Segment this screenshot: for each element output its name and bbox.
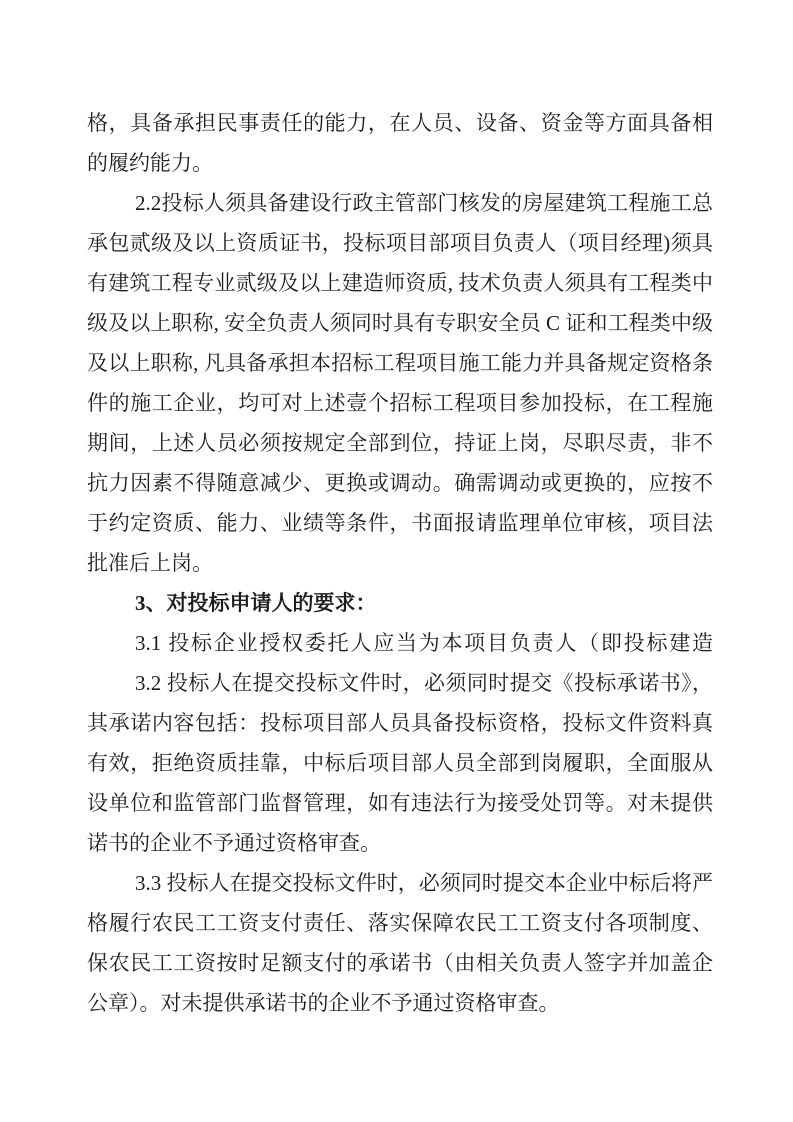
document-line: 有效，拒绝资质挂靠，中标后项目部人员全部到岗履职，全面服从建 bbox=[87, 743, 713, 783]
document-line: 格履行农民工工资支付责任、落实保障农民工工资支付各项制度、确 bbox=[87, 903, 713, 943]
document-line: 3.3 投标人在提交投标文件时，必须同时提交本企业中标后将严 bbox=[87, 863, 713, 903]
document-line: 承包贰级及以上资质证书，投标项目部项目负责人（项目经理)须具 bbox=[87, 223, 713, 263]
document-line: 3.1 投标企业授权委托人应当为本项目负责人（即投标建造师）。 bbox=[87, 623, 713, 663]
document-line: 件的施工企业，均可对上述壹个招标工程项目参加投标，在工程施工 bbox=[87, 383, 713, 423]
document-line: 格，具备承担民事责任的能力，在人员、设备、资金等方面具备相应 bbox=[87, 103, 713, 143]
document-page: 格，具备承担民事责任的能力，在人员、设备、资金等方面具备相应的履约能力。2.2投… bbox=[0, 0, 793, 1122]
document-line: 保农民工工资按时足额支付的承诺书（由相关负责人签字并加盖企业 bbox=[87, 943, 713, 983]
document-line: 2.2投标人须具备建设行政主管部门核发的房屋建筑工程施工总 bbox=[87, 183, 713, 223]
document-text-block: 格，具备承担民事责任的能力，在人员、设备、资金等方面具备相应的履约能力。2.2投… bbox=[87, 103, 713, 1023]
document-line: 有建筑工程专业贰级及以上建造师资质, 技术负责人须具有工程类中 bbox=[87, 263, 713, 303]
document-line: 抗力因素不得随意减少、更换或调动。确需调动或更换的，应按不低 bbox=[87, 463, 713, 503]
document-line: 期间，上述人员必须按规定全部到位，持证上岗，尽职尽责，非不可 bbox=[87, 423, 713, 463]
document-line: 其承诺内容包括：投标项目部人员具备投标资格，投标文件资料真实 bbox=[87, 703, 713, 743]
document-line: 的履约能力。 bbox=[87, 143, 713, 183]
document-line: 于约定资质、能力、业绩等条件，书面报请监理单位审核，项目法人 bbox=[87, 503, 713, 543]
document-line: 级及以上职称, 安全负责人须同时具有专职安全员 C 证和工程类中级 bbox=[87, 303, 713, 343]
document-line: 设单位和监管部门监督管理，如有违法行为接受处罚等。对未提供承 bbox=[87, 783, 713, 823]
document-line: 3、对投标申请人的要求： bbox=[87, 583, 713, 623]
document-line: 批准后上岗。 bbox=[87, 543, 713, 583]
document-line: 及以上职称, 凡具备承担本招标工程项目施工能力并具备规定资格条 bbox=[87, 343, 713, 383]
document-line: 公章）。对未提供承诺书的企业不予通过资格审查。 bbox=[87, 983, 713, 1023]
document-line: 3.2 投标人在提交投标文件时，必须同时提交《投标承诺书》， bbox=[87, 663, 713, 703]
document-line: 诺书的企业不予通过资格审查。 bbox=[87, 823, 713, 863]
